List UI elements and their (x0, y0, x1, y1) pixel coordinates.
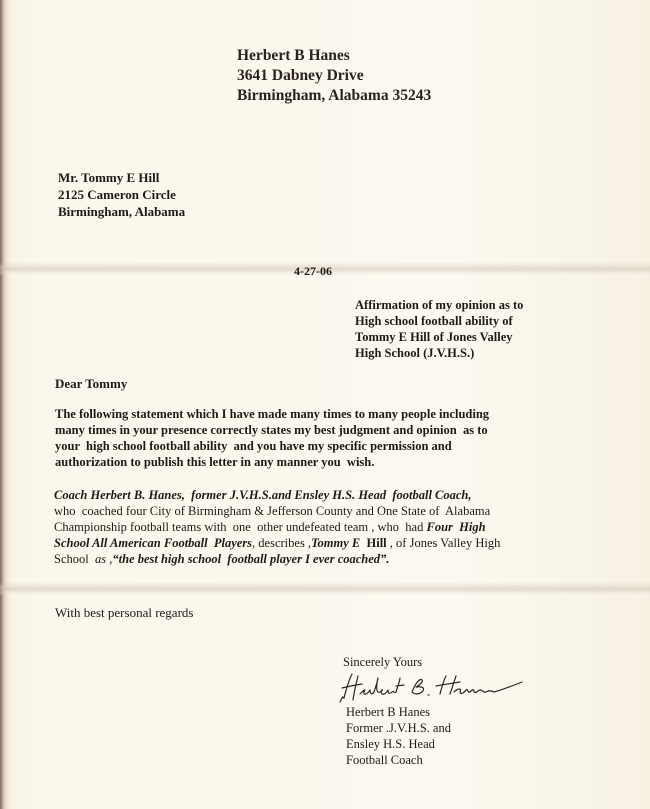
emphasis-run: Four High (426, 520, 485, 534)
body-paragraph-2: Coach Herbert B. Hanes, former J.V.H.S.a… (54, 487, 599, 567)
paragraph-line: School All American Football Players, de… (54, 535, 599, 551)
signer-title: Ensley H.S. Head (346, 736, 451, 752)
paragraph-line: Championship football teams with one oth… (54, 519, 599, 535)
salutation: Dear Tommy (55, 376, 127, 392)
sender-name: Herbert B Hanes (237, 46, 431, 66)
recipient-city: Birmingham, Alabama (58, 203, 185, 220)
sender-street: 3641 Dabney Drive (237, 66, 431, 86)
subject-line-text: Affirmation of my opinion as to (355, 297, 523, 313)
player-surname: Hill (363, 536, 386, 550)
sender-city: Birmingham, Alabama 35243 (237, 86, 431, 106)
subject-line-text: High School (J.V.H.S.) (355, 345, 523, 361)
signer-title: Football Coach (346, 752, 451, 768)
signature-block: Herbert B Hanes Former .J.V.H.S. and Ens… (346, 704, 451, 768)
paragraph-line: Coach Herbert B. Hanes, former J.V.H.S.a… (54, 487, 599, 503)
paragraph-line: The following statement which I have mad… (55, 406, 595, 422)
coach-credentials: Coach Herbert B. Hanes, former J.V.H.S.a… (54, 488, 472, 502)
emphasis-run: School All American Football Players (54, 536, 252, 550)
paragraph-line: School as ,“the best high school footbal… (54, 551, 599, 567)
closing-remark: With best personal regards (55, 605, 193, 621)
subject-line-text: Tommy E Hill of Jones Valley (355, 329, 523, 345)
recipient-street: 2125 Cameron Circle (58, 186, 185, 203)
recipient-address: Mr. Tommy E Hill 2125 Cameron Circle Bir… (58, 169, 185, 220)
letter-paper (0, 0, 650, 809)
paragraph-line: who coached four City of Birmingham & Je… (54, 503, 599, 519)
paragraph-line: many times in your presence correctly st… (55, 422, 595, 438)
paragraph-line: authorization to publish this letter in … (55, 454, 595, 470)
text-run: , of Jones Valley High (387, 536, 501, 550)
sender-address: Herbert B Hanes 3641 Dabney Drive Birmin… (237, 46, 431, 106)
paper-fold-line (0, 582, 650, 596)
player-name: Tommy E (311, 536, 363, 550)
text-run: as (95, 552, 106, 566)
quote: “the best high school football player I … (112, 552, 389, 566)
text-run: , describes , (252, 536, 311, 550)
body-paragraph-1: The following statement which I have mad… (55, 406, 595, 470)
text-run: Championship football teams with one oth… (54, 520, 426, 534)
subject-line-text: High school football ability of (355, 313, 523, 329)
text-run: School (54, 552, 95, 566)
signer-name: Herbert B Hanes (346, 704, 451, 720)
subject-line: Affirmation of my opinion as to High sch… (355, 297, 523, 361)
handwritten-signature (336, 668, 526, 706)
letter-date: 4-27-06 (294, 264, 332, 279)
recipient-name: Mr. Tommy E Hill (58, 169, 185, 186)
signer-title: Former .J.V.H.S. and (346, 720, 451, 736)
paragraph-line: your high school football ability and yo… (55, 438, 595, 454)
